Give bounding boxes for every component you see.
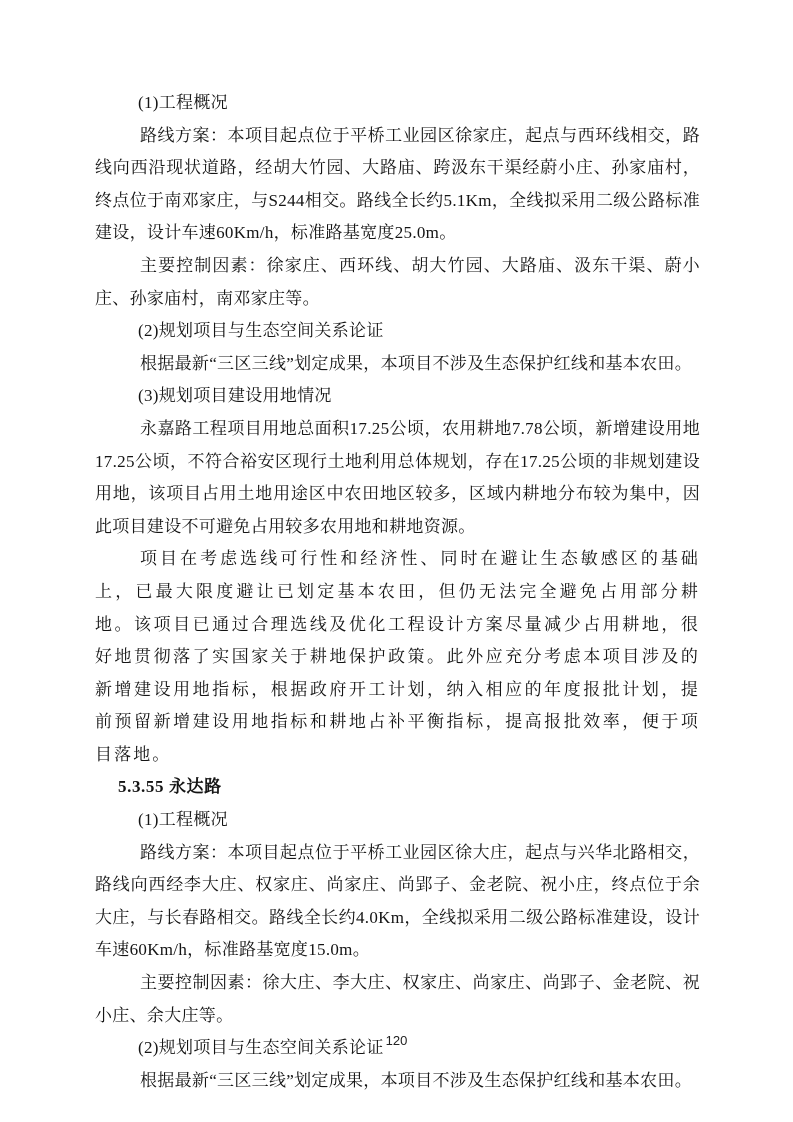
document-page: (1)工程概况 路线方案：本项目起点位于平桥工业园区徐家庄，起点与西环线相交，路…: [0, 0, 793, 1122]
body-paragraph: 主要控制因素：徐大庄、李大庄、权家庄、尚家庄、尚郢子、金老院、祝小庄、余大庄等。: [95, 967, 700, 1032]
section-subheading: (1)工程概况: [95, 804, 700, 837]
body-paragraph: 主要控制因素：徐家庄、西环线、胡大竹园、大路庙、汲东干渠、蔚小庄、孙家庙村，南邓…: [95, 250, 700, 315]
section-subheading: (3)规划项目建设用地情况: [95, 380, 700, 413]
body-paragraph: 永嘉路工程项目用地总面积17.25公顷，农用耕地7.78公顷，新增建设用地17.…: [95, 413, 700, 543]
section-subheading: (2)规划项目与生态空间关系论证: [95, 315, 700, 348]
document-content: (1)工程概况 路线方案：本项目起点位于平桥工业园区徐家庄，起点与西环线相交，路…: [95, 87, 700, 1097]
body-paragraph: 项目在考虑选线可行性和经济性、同时在避让生态敏感区的基础上，已最大限度避让已划定…: [95, 543, 700, 771]
body-paragraph: 根据最新“三区三线”划定成果，本项目不涉及生态保护红线和基本农田。: [95, 1065, 700, 1098]
section-subheading: (1)工程概况: [95, 87, 700, 120]
body-paragraph: 根据最新“三区三线”划定成果，本项目不涉及生态保护红线和基本农田。: [95, 348, 700, 381]
section-heading: 5.3.55 永达路: [95, 771, 700, 804]
page-number: 120: [0, 1033, 793, 1048]
body-paragraph: 路线方案：本项目起点位于平桥工业园区徐大庄，起点与兴华北路相交，路线向西经李大庄…: [95, 837, 700, 967]
body-paragraph: 路线方案：本项目起点位于平桥工业园区徐家庄，起点与西环线相交，路线向西沿现状道路…: [95, 120, 700, 250]
